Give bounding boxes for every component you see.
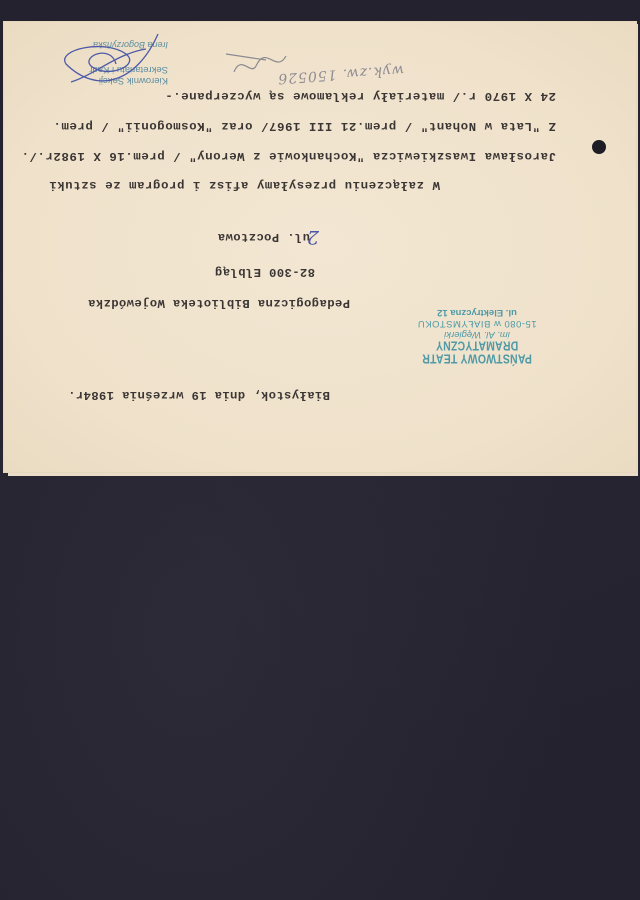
body-line-4: 24 X 1970 r./ materiały reklamowe są wyc… [165, 88, 556, 103]
body-line-1: W załączeniu przesyłamy afisz i program … [49, 177, 440, 192]
letter-page: Białystok, dnia 19 września 1984r. PAŃST… [4, 22, 636, 472]
body-line-2: Jarosława Iwaszkiewicza "Kochankowie z W… [21, 148, 556, 163]
handwritten-street-number: 2 [307, 226, 319, 248]
stamp-line-4: ul. Elektryczna 12 [392, 307, 562, 318]
punch-hole [592, 140, 606, 154]
stamp-line-3: 15-080 w BIAŁYMSTOKU [392, 318, 562, 329]
body-line-3: Z "Lata w Nohant" / prem.21 III 1967/ or… [53, 118, 556, 133]
pencil-initials-icon [216, 34, 296, 84]
addressee-name: Pedagogiczna Biblioteka Wojewódzka [88, 295, 350, 310]
signature-icon [46, 24, 166, 94]
addressee-city: 82-300 Elbląg [215, 264, 315, 279]
sender-stamp: PAŃSTWOWY TEATR DRAMATYCZNY im. Al. Węgi… [392, 307, 562, 362]
addressee-street: ul. Pocztowa [217, 229, 310, 244]
stamp-line-1: PAŃSTWOWY TEATR DRAMATYCZNY [392, 338, 562, 364]
date-line: Białystok, dnia 19 września 1984r. [68, 387, 330, 402]
